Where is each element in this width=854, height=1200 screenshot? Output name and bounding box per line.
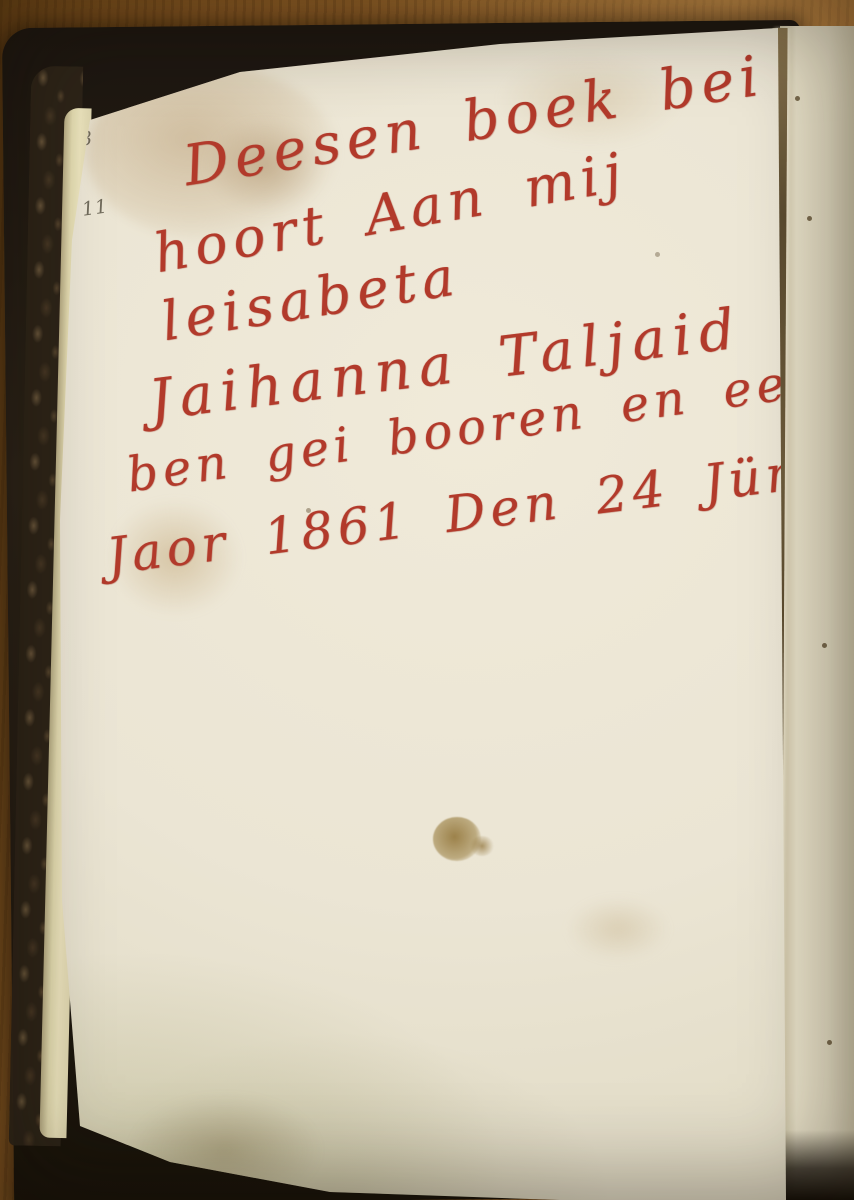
stain-lower-center bbox=[568, 898, 668, 960]
right-page-shadow bbox=[780, 1130, 854, 1200]
paper-fleck bbox=[807, 216, 812, 221]
pencil-mark-11: 11 bbox=[81, 195, 110, 220]
paper-fleck bbox=[795, 96, 800, 101]
book-photo: 8 11 Deesen boek bei hoort Aan mij leisa… bbox=[0, 0, 854, 1200]
flyleaf-page: 8 11 Deesen boek bei hoort Aan mij leisa… bbox=[0, 0, 854, 1200]
paper-fleck bbox=[655, 252, 660, 257]
paper-fleck bbox=[827, 1040, 832, 1045]
paper-fleck bbox=[822, 643, 827, 648]
ink-spot-center-small bbox=[470, 836, 494, 856]
right-page-block bbox=[780, 26, 854, 1200]
